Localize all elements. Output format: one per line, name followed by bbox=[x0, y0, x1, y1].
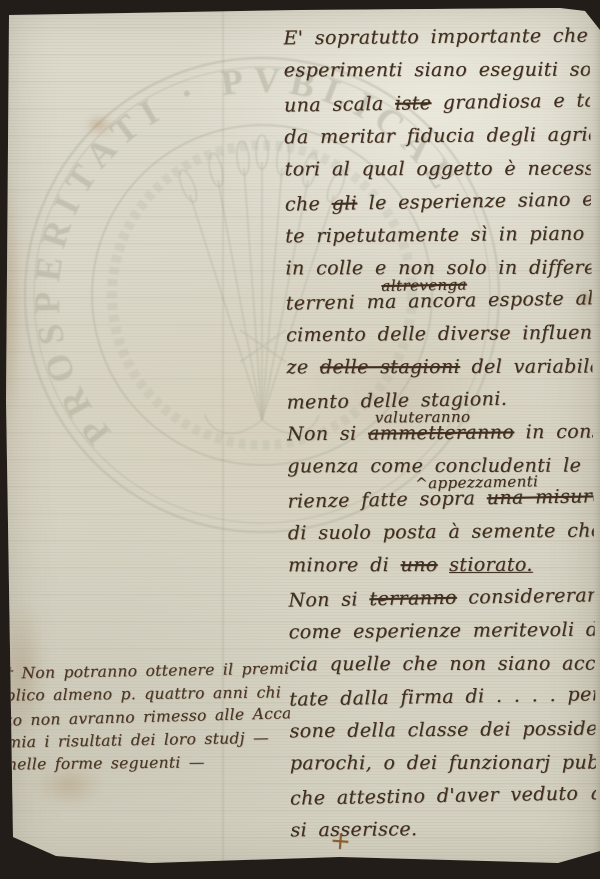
manuscript-line: da meritar fiducia degli agricol- bbox=[284, 124, 590, 160]
handwritten-text: minore di bbox=[288, 554, 400, 576]
handwritten-text: Non si bbox=[287, 423, 368, 446]
stain bbox=[0, 165, 22, 435]
manuscript-line: valuterannoNon si ammetteranno in conse- bbox=[287, 421, 593, 457]
manuscript-line: cia quelle che non siano accer- bbox=[289, 653, 595, 687]
struck-text: gli bbox=[331, 192, 357, 214]
handwritten-text: ze bbox=[286, 356, 320, 378]
struck-text: uno bbox=[401, 554, 438, 576]
handwritten-text: cimento delle diverse influen- bbox=[286, 322, 597, 347]
handwritten-text: grandiosa e tale bbox=[431, 89, 596, 114]
handwritten-text: E' sopratutto importante che gli bbox=[283, 25, 596, 50]
margin-note: † Non potranno ottenere il premio pub-bl… bbox=[5, 658, 291, 778]
handwritten-text: nelle forme seguenti — bbox=[7, 753, 205, 773]
manuscript-line: ze delle stagioni del variabile anda- bbox=[286, 356, 592, 390]
stain bbox=[84, 114, 114, 136]
handwritten-text: to non avranno rimesso alle Accade- bbox=[6, 704, 291, 730]
handwritten-text: parochi, o dei funzionarj pubblici, bbox=[290, 751, 597, 774]
manuscript-line: sone della classe dei possidenti, dei bbox=[289, 718, 595, 754]
manuscript-line: Non si terranno considereranno bbox=[288, 584, 595, 622]
handwritten-text: del variabile anda- bbox=[460, 355, 597, 378]
handwritten-text: in conse- bbox=[514, 420, 597, 443]
handwritten-text: blico almeno p. quattro anni chi sperime… bbox=[5, 682, 290, 704]
struck-text: terranno bbox=[369, 587, 457, 611]
handwritten-text: tate dalla firma di . . . . per- bbox=[289, 683, 597, 711]
main-text-block: E' sopratutto importante che gliesperime… bbox=[283, 25, 596, 858]
interline-insertion: altrevenga bbox=[381, 276, 467, 295]
scanned-document: PROSPERITATI · PVBLICAE E' sopratutto im… bbox=[0, 0, 600, 879]
handwritten-text: sone della classe dei possidenti, dei bbox=[289, 717, 596, 742]
manuscript-line: te ripetutamente sì in piano che bbox=[285, 223, 591, 259]
manuscript-line: altrevengaterreni ma ancora esposte al bbox=[286, 287, 593, 325]
manuscript-line: cimento delle diverse influen- bbox=[286, 322, 592, 358]
interline-insertion: valuteranno bbox=[375, 408, 471, 427]
manuscript-line: parochi, o dei funzionarj pubblici, bbox=[290, 752, 596, 786]
manuscript-page: PROSPERITATI · PVBLICAE E' sopratutto im… bbox=[0, 0, 600, 879]
handwritten-text: † Non potranno ottenere il premio pub- bbox=[5, 659, 291, 683]
handwritten-text: mia i risultati dei loro studj — bbox=[6, 729, 269, 752]
manuscript-line: ^appezzamentirienze fatte sopra una misu… bbox=[287, 485, 594, 523]
handwritten-text: da meritar fiducia degli agricol- bbox=[284, 123, 596, 148]
manuscript-line: tate dalla firma di . . . . per- bbox=[289, 683, 596, 721]
handwritten-text: cia quelle che non siano accer- bbox=[289, 653, 597, 676]
handwritten-text: una scala bbox=[284, 93, 395, 117]
manuscript-line: di suolo posta à semente che sia bbox=[288, 520, 594, 556]
handwritten-text: si asserisce. bbox=[290, 818, 417, 841]
manuscript-line: tori al qual oggetto è necessario bbox=[285, 158, 591, 192]
handwritten-text: che attestino d'aver veduto quanto bbox=[290, 781, 597, 809]
struck-text: iste bbox=[395, 92, 432, 115]
handwritten-text: stiorato. bbox=[449, 554, 533, 576]
handwritten-text: di suolo posta à semente che sia bbox=[288, 519, 597, 544]
handwritten-text: te ripetutamente sì in piano che bbox=[285, 222, 597, 247]
handwritten-text: Non si bbox=[288, 588, 369, 611]
handwritten-text bbox=[438, 554, 450, 576]
interline-insertion: ^appezzamenti bbox=[415, 472, 538, 492]
manuscript-line: E' sopratutto importante che gli bbox=[283, 25, 589, 61]
handwritten-text: tori al qual oggetto è necessario bbox=[285, 157, 597, 180]
handwritten-text: come esperienze meritevoli di fidu- bbox=[289, 618, 597, 643]
manuscript-line: che gli le esperienze siano esegui- bbox=[285, 188, 592, 226]
manuscript-line: minore di uno stiorato. bbox=[288, 554, 594, 588]
cross-mark: + bbox=[329, 825, 352, 855]
handwritten-text: le esperienze siano esegui- bbox=[357, 187, 597, 214]
struck-text: delle stagioni bbox=[320, 356, 460, 378]
manuscript-line: esperimenti siano eseguiti sopra bbox=[284, 59, 590, 93]
handwritten-text: esperimenti siano eseguiti sopra bbox=[284, 59, 597, 82]
manuscript-line: una scala iste grandiosa e tale bbox=[284, 89, 591, 127]
manuscript-line: che attestino d'aver veduto quanto bbox=[290, 782, 597, 820]
handwritten-text: che bbox=[285, 193, 332, 216]
manuscript-line: nelle forme seguenti — bbox=[7, 750, 291, 776]
handwritten-text: considereranno bbox=[457, 584, 597, 609]
manuscript-line: come esperienze meritevoli di fidu- bbox=[289, 619, 595, 655]
